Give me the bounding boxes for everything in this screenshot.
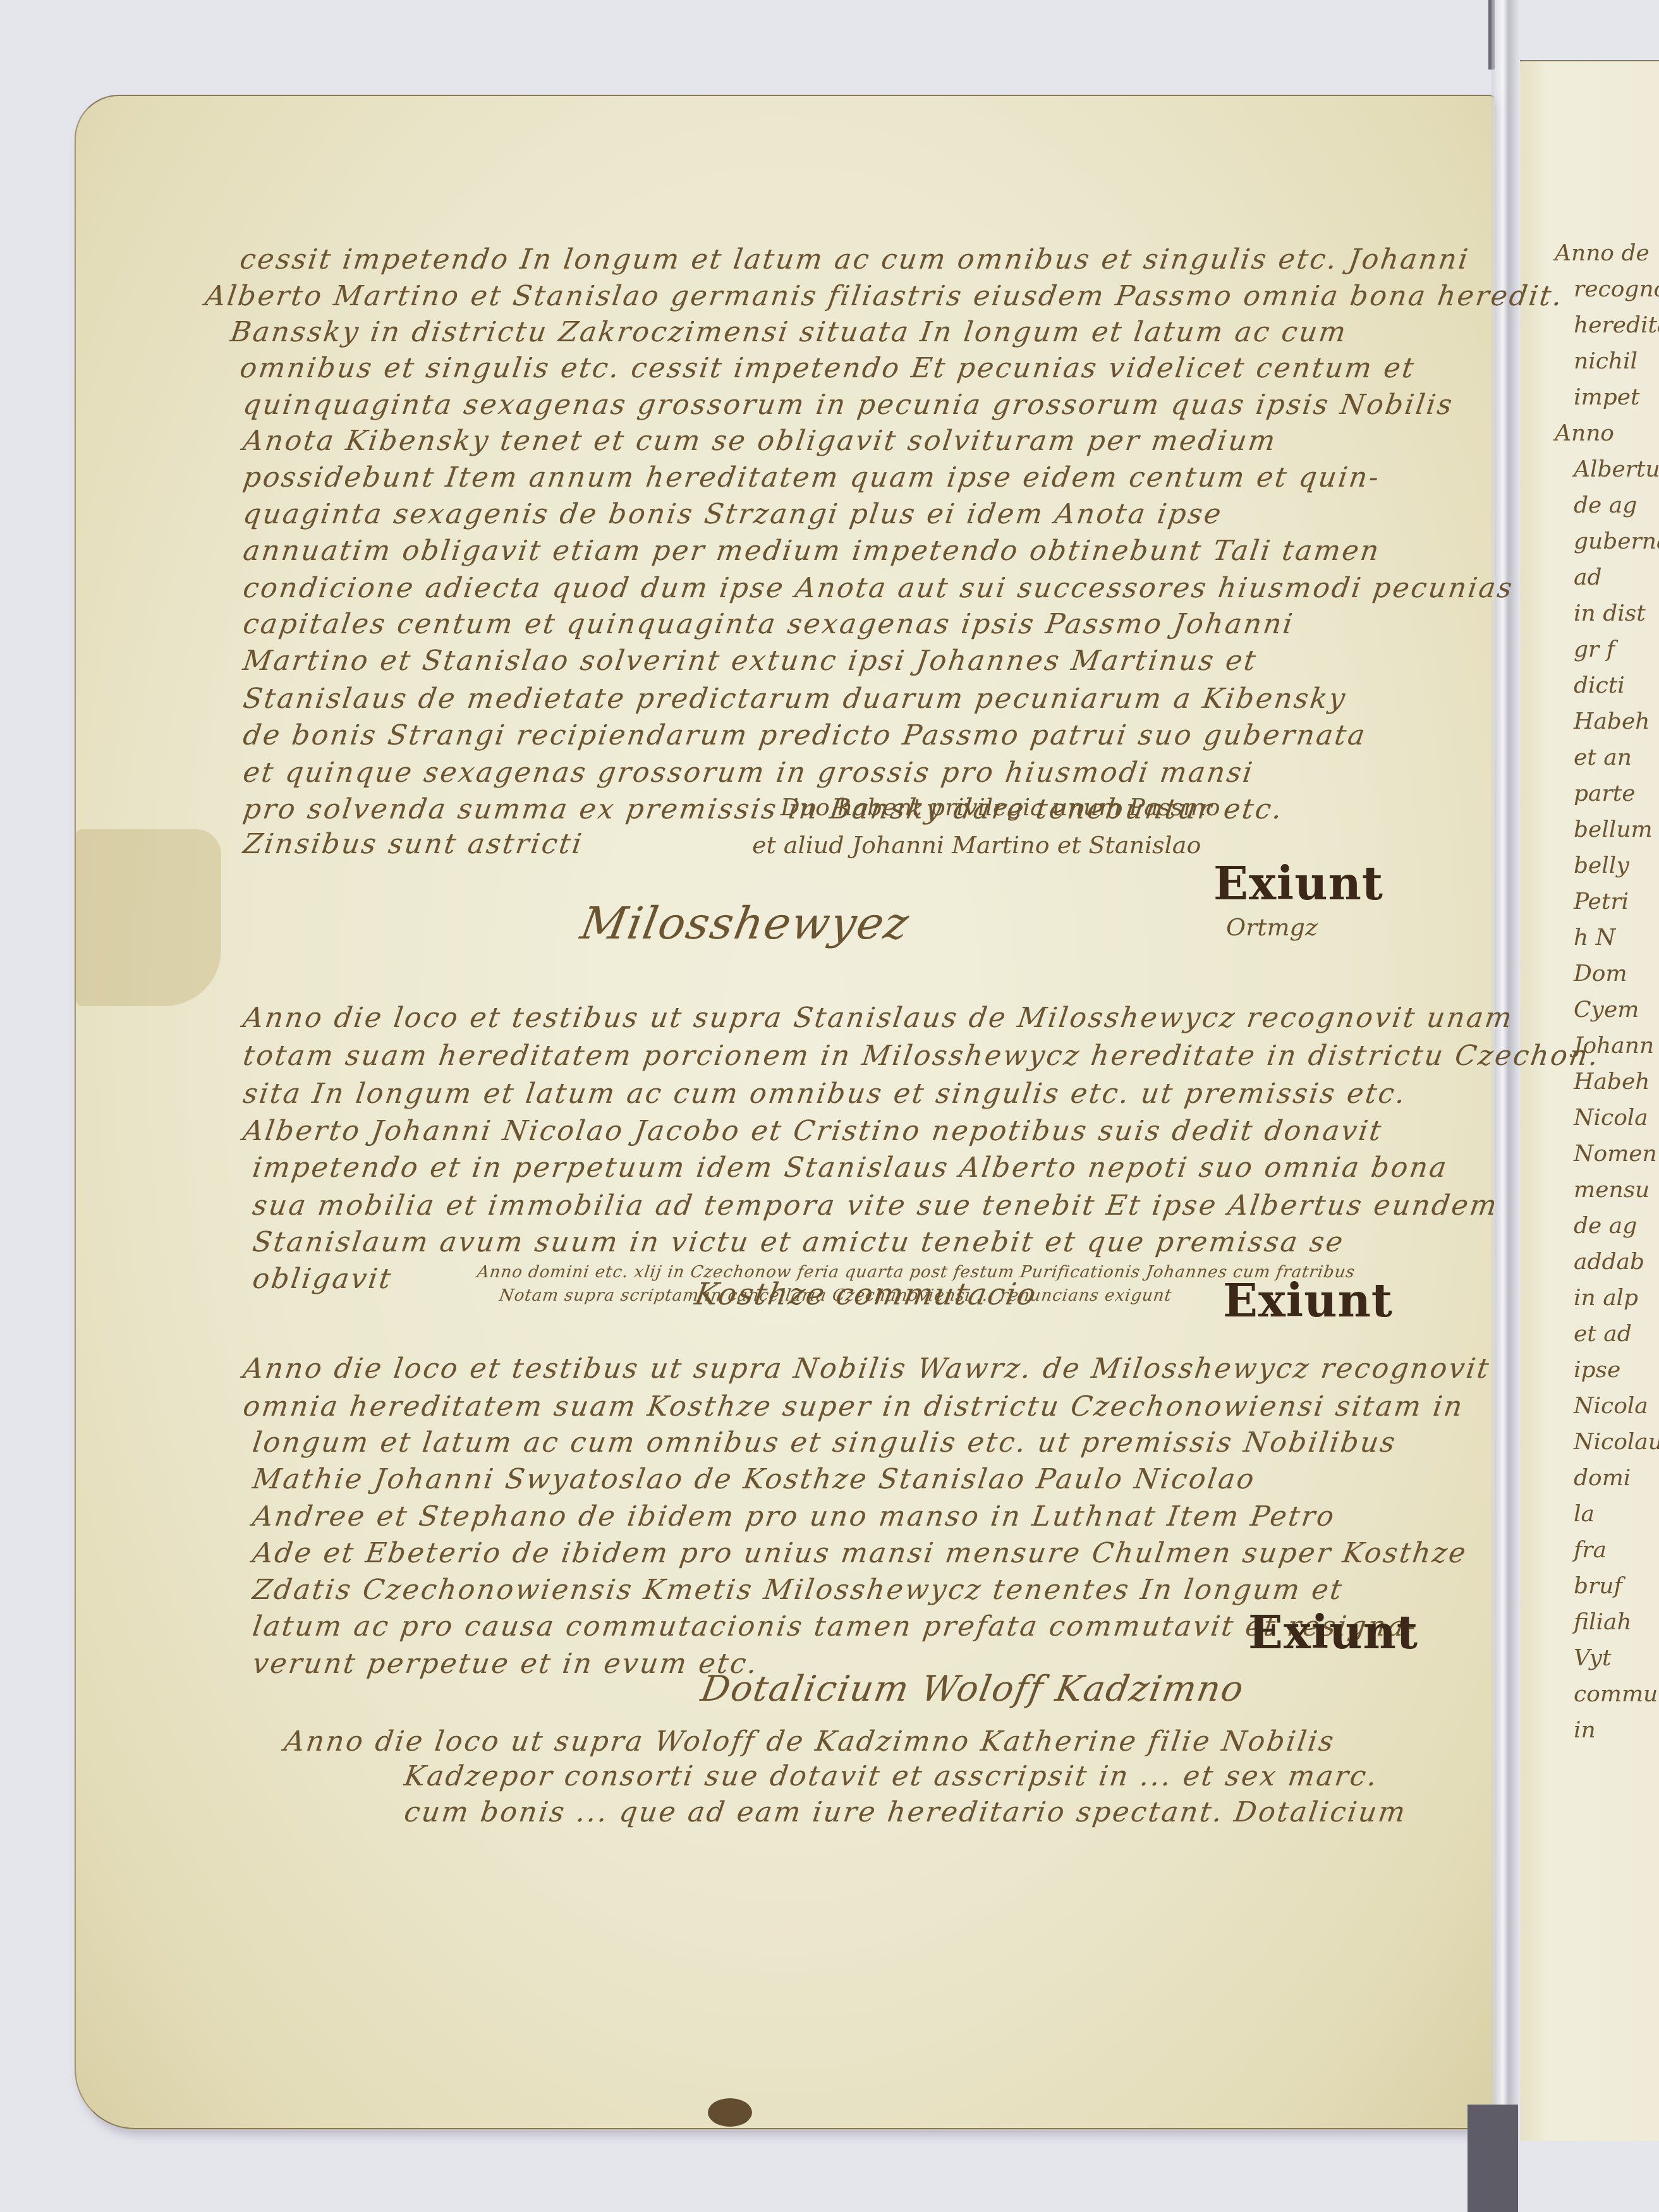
right-page-line: filiah: [1574, 1609, 1632, 1635]
exiunt-subnote: Ortmgz: [1226, 913, 1318, 941]
text-line: Alberto Martino et Stanislao germanis fi…: [203, 280, 1565, 312]
text-line: Anno die loco et testibus ut supra Nobil…: [241, 1352, 1492, 1385]
text-line: latum ac pro causa commutacionis tamen p…: [250, 1610, 1419, 1643]
right-page-line: bellum: [1574, 817, 1653, 842]
text-line: Zinsibus sunt astricti: [241, 828, 585, 860]
text-line: sua mobilia et immobilia ad tempora vite…: [250, 1189, 1500, 1222]
text-line: condicione adiecta quod dum ipse Anota a…: [241, 572, 1516, 604]
right-page-line: Johann: [1574, 1033, 1654, 1059]
right-page-line: h N: [1574, 925, 1615, 951]
right-page-line: de ag: [1574, 1213, 1637, 1239]
text-line: sita In longum et latum ac cum omnibus e…: [241, 1078, 1409, 1110]
right-page-line: commut: [1574, 1681, 1659, 1707]
text-line: Ade et Ebeterio de ibidem pro unius mans…: [250, 1537, 1469, 1569]
text-line: omnibus et singulis etc. cessit impetend…: [238, 352, 1418, 384]
text-line: Kadzepor consorti sue dotavit et asscrip…: [402, 1760, 1380, 1792]
spine-glass-edge: [1492, 0, 1520, 2212]
right-page-line: Habeh: [1574, 1069, 1650, 1095]
text-line: et quinque sexagenas grossorum in grossi…: [241, 757, 1256, 789]
text-line: totam suam hereditatem porcionem in Milo…: [241, 1040, 1601, 1072]
right-page-line: Petri: [1574, 889, 1629, 915]
text-line: Mathie Johanni Swyatoslao de Kosthze Sta…: [250, 1463, 1258, 1495]
right-page-line: de ag: [1574, 492, 1637, 518]
exiunt-mark: Exiunt: [1223, 1273, 1393, 1327]
right-page-line: mensu: [1574, 1177, 1650, 1203]
right-page-line: la: [1574, 1501, 1595, 1527]
right-page-line: et an: [1574, 744, 1632, 770]
spine-clamp-bottom: [1468, 2105, 1518, 2212]
exiunt-mark: Exiunt: [1248, 1605, 1418, 1659]
text-line: de bonis Strangi recipiendarum predicto …: [241, 719, 1368, 751]
right-page-line: addab: [1574, 1249, 1644, 1275]
right-page-line: in alp: [1574, 1285, 1638, 1311]
text-line: quinquaginta sexagenas grossorum in pecu…: [241, 389, 1455, 421]
right-page-line: gr f: [1574, 636, 1615, 662]
text-line: quaginta sexagenis de bonis Strzangi plu…: [241, 498, 1224, 530]
text-line: Banssky in districtu Zakroczimensi situa…: [228, 316, 1349, 348]
text-line: capitales centum et quinquaginta sexagen…: [241, 608, 1296, 640]
right-page-line: Anno de: [1555, 240, 1650, 266]
text-line: impetendo et in perpetuum idem Stanislau…: [250, 1152, 1450, 1184]
text-line: cessit impetendo In longum et latum ac c…: [238, 243, 1471, 276]
text-line: Andree et Stephano de ibidem pro uno man…: [250, 1500, 1337, 1533]
right-page-line: gubernac: [1574, 528, 1659, 554]
right-page-line: domi: [1574, 1465, 1631, 1491]
ink-blot: [708, 2098, 752, 2127]
right-page-line: bruf: [1574, 1573, 1622, 1599]
right-page-line: belly: [1574, 853, 1629, 878]
right-page-line: in dist: [1574, 600, 1646, 626]
right-page-line: recognovit: [1574, 276, 1659, 302]
text-line: cum bonis ... que ad eam iure hereditari…: [402, 1796, 1409, 1828]
text-line: Stanislaum avum suum in victu et amictu …: [250, 1226, 1346, 1258]
text-line: Stanislaus de medietate predictarum duar…: [241, 683, 1349, 715]
exiunt-mark: Exiunt: [1213, 856, 1383, 910]
right-page-line: ad: [1574, 564, 1602, 590]
margin-note: Duo habent privilegia unum Passmo: [781, 793, 1220, 821]
text-line: Anno die loco et testibus ut supra Stani…: [241, 1002, 1516, 1034]
section-heading: Dotalicium Woloff Kadzimno: [698, 1668, 1248, 1710]
right-page-line: Albertus: [1574, 456, 1659, 482]
text-line: obligavit: [250, 1263, 394, 1295]
right-page-line: fra: [1574, 1537, 1607, 1563]
right-page-line: parte: [1574, 781, 1636, 806]
right-page-line: in: [1574, 1717, 1596, 1743]
right-page-line: Anno: [1555, 420, 1614, 446]
right-page-line: Nicolau: [1574, 1429, 1659, 1455]
text-line: Alberto Johanni Nicolao Jacobo et Cristi…: [241, 1115, 1385, 1147]
section-heading: Milosshewyez: [577, 897, 914, 949]
text-line: Anota Kibensky tenet et cum se obligavit…: [241, 425, 1279, 457]
text-line: Anno die loco ut supra Woloff de Kadzimn…: [282, 1725, 1337, 1758]
right-page-line: Nomen: [1574, 1141, 1657, 1167]
right-page-line: Vyt: [1574, 1645, 1611, 1671]
right-page-line: et ad: [1574, 1321, 1632, 1347]
text-line: longum et latum ac cum omnibus et singul…: [250, 1426, 1399, 1459]
right-page-line: hereditat: [1574, 312, 1659, 338]
right-page-line: Cyem: [1574, 997, 1639, 1023]
right-page-line: impet: [1574, 384, 1639, 410]
right-page-line: ipse: [1574, 1357, 1620, 1383]
section-subheading: Kosthze commutacio: [692, 1277, 1040, 1312]
text-line: omnia hereditatem suam Kosthze super in …: [241, 1390, 1466, 1423]
text-line: Martino et Stanislao solverint extunc ip…: [241, 645, 1259, 677]
text-line: verunt perpetue et in evum etc.: [250, 1648, 760, 1680]
right-page-line: Habeh: [1574, 708, 1650, 734]
right-page-line: nichil: [1574, 348, 1638, 374]
margin-note: et aliud Johanni Martino et Stanislao: [752, 831, 1201, 859]
text-line: annuatim obligavit etiam per medium impe…: [241, 535, 1382, 567]
text-line: Zdatis Czechonowiensis Kmetis Milosshewy…: [250, 1574, 1346, 1606]
right-page-line: Nicola: [1574, 1105, 1648, 1131]
right-page-line: Dom: [1574, 961, 1627, 987]
right-page-line: dicti: [1574, 672, 1625, 698]
text-line: possidebunt Item annum hereditatem quam …: [241, 461, 1382, 494]
right-page-line: Nicola: [1574, 1393, 1648, 1419]
